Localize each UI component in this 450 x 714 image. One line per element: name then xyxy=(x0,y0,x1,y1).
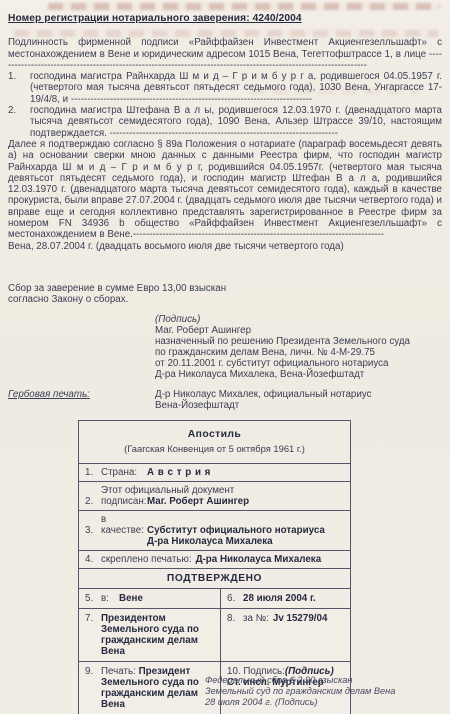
list-marker: 1. xyxy=(8,71,30,105)
place-cell: 5.в:Вене xyxy=(79,589,221,608)
court-fee-line-3: 28 июля 2004 г. (Подпись) xyxy=(205,697,395,708)
seal-of-value: Д-ра Николауса Михалека xyxy=(196,554,322,565)
document-body: Номер регистрации нотариального заверени… xyxy=(8,13,442,252)
confirmed-banner: ПОДТВЕРЖДЕНО xyxy=(79,568,350,588)
list-item-text: господина магистра Райнхарда Ш м и д – Г… xyxy=(30,71,442,105)
intro-paragraph: Подлинность фирменной подписи «Райффайзе… xyxy=(8,37,442,71)
place-value: Вене xyxy=(119,593,143,604)
apostille-header: Апостиль (Гаагская Конвенция от 5 октябр… xyxy=(79,421,350,463)
apostille-title: Апостиль xyxy=(85,429,344,440)
date-cell: 6.28 июля 2004 г. xyxy=(221,589,350,608)
place-date-line: Вена, 28.07.2004 г. (двадцать восьмого и… xyxy=(8,241,442,252)
fee-note-line-2: согласно Закону о сборах. xyxy=(8,294,226,305)
row-number: 4. xyxy=(85,554,101,565)
bleed-through-ghost-top xyxy=(48,3,440,10)
row-label: скреплено печатью: xyxy=(101,554,192,565)
authority-cell: 7.Президентом Земельного суда по граждан… xyxy=(79,609,221,661)
row-label: Страна: xyxy=(101,467,147,478)
fee-note-line-1: Сбор за заверение в сумме Евро 13,00 взы… xyxy=(8,283,226,294)
court-fee-line-1: Федеральный сбор € 2,90 взыскан xyxy=(205,675,395,686)
row-number: 5. xyxy=(85,593,101,604)
seal-text: Д-р Николаус Михалек, официальный нотари… xyxy=(155,389,372,412)
list-item-1: 1. господина магистра Райнхарда Ш м и д … xyxy=(8,71,442,105)
row-number: 8. xyxy=(227,613,243,624)
apostille-table: Апостиль (Гаагская Конвенция от 5 октябр… xyxy=(78,420,351,714)
appointment-line-2: по гражданским делам Вена, личн. № 4-М-2… xyxy=(155,348,410,359)
seal-location-line: Вена-Йозефштадт xyxy=(155,400,372,411)
number-cell: 8.за №:Jv 15279/04 xyxy=(221,609,350,661)
row-number: 6. xyxy=(227,593,243,604)
row-number: 9. xyxy=(85,666,101,710)
signed-by-preamble: Этот официальный документ xyxy=(85,485,344,496)
row-label: за №: xyxy=(243,613,269,624)
row-label: Печать: xyxy=(101,666,136,677)
seal-holder-line: Д-р Николаус Михалек, официальный нотари… xyxy=(155,389,372,400)
capacity-value-line2: Д-ра Николауса Михалека xyxy=(85,536,344,547)
appointment-line-4: Д-ра Николауса Михалека, Вена-Йозефштадт xyxy=(155,370,410,381)
row-number: 7. xyxy=(85,613,101,657)
apostille-row-country: 1.Страна:А в с т р и я xyxy=(79,463,350,481)
list-marker: 2. xyxy=(8,105,30,139)
apostille-row-seal-of: 4.скреплено печатью:Д-ра Николауса Михал… xyxy=(79,550,350,568)
registration-number-heading: Номер регистрации нотариального заверени… xyxy=(8,13,442,24)
capacity-value-line1: Субститут официального нотариуса xyxy=(147,525,325,536)
date-value: 28 июля 2004 г. xyxy=(243,593,316,604)
row-number: 2. xyxy=(85,496,101,507)
apostille-row-authority-number: 7.Президентом Земельного суда по граждан… xyxy=(79,608,350,661)
confirmation-paragraph: Далее я подтверждаю согласно § 89а Полож… xyxy=(8,139,442,241)
row-number: 3. xyxy=(85,525,101,536)
list-item-text: господина магистра Штефана В а л ы, роди… xyxy=(30,105,442,139)
court-fee-footer: Федеральный сбор € 2,90 взыскан Земельны… xyxy=(205,675,395,708)
court-fee-line-2: Земельный суд по гражданским делам Вена xyxy=(205,686,395,697)
list-item-2: 2. господина магистра Штефана В а л ы, р… xyxy=(8,105,442,139)
fee-note: Сбор за заверение в сумме Евро 13,00 взы… xyxy=(8,283,226,305)
stamp-cell: 9.Печать: Президент Земельного суда по г… xyxy=(79,662,221,714)
row-label: в: xyxy=(101,593,119,604)
row-label: подписан: xyxy=(101,496,147,507)
row-label: в качестве: xyxy=(101,514,147,536)
number-value: Jv 15279/04 xyxy=(273,613,327,624)
scanned-notarial-document: Номер регистрации нотариального заверени… xyxy=(0,0,450,714)
notary-signature-block: (Подпись) Маг. Роберт Ашингер назначенны… xyxy=(155,315,410,380)
country-value: А в с т р и я xyxy=(147,467,211,478)
apostille-subtitle: (Гаагская Конвенция от 5 октября 1961 г.… xyxy=(85,443,344,454)
apostille-row-signed-by: Этот официальный документ 2.подписан:Маг… xyxy=(79,481,350,510)
row-number: 1. xyxy=(85,467,101,478)
appointment-line-3: от 20.11.2001 г. субститут официального … xyxy=(155,359,410,370)
signer-name-value: Маг. Роберт Ашингер xyxy=(147,496,249,507)
apostille-row-capacity: 3.в качестве:Субститут официального нота… xyxy=(79,510,350,550)
authority-value: Президентом Земельного суда по гражданск… xyxy=(101,613,214,657)
seal-label: Гербовая печать: xyxy=(8,389,90,400)
apostille-row-place-date: 5.в:Вене 6.28 июля 2004 г. xyxy=(79,588,350,608)
